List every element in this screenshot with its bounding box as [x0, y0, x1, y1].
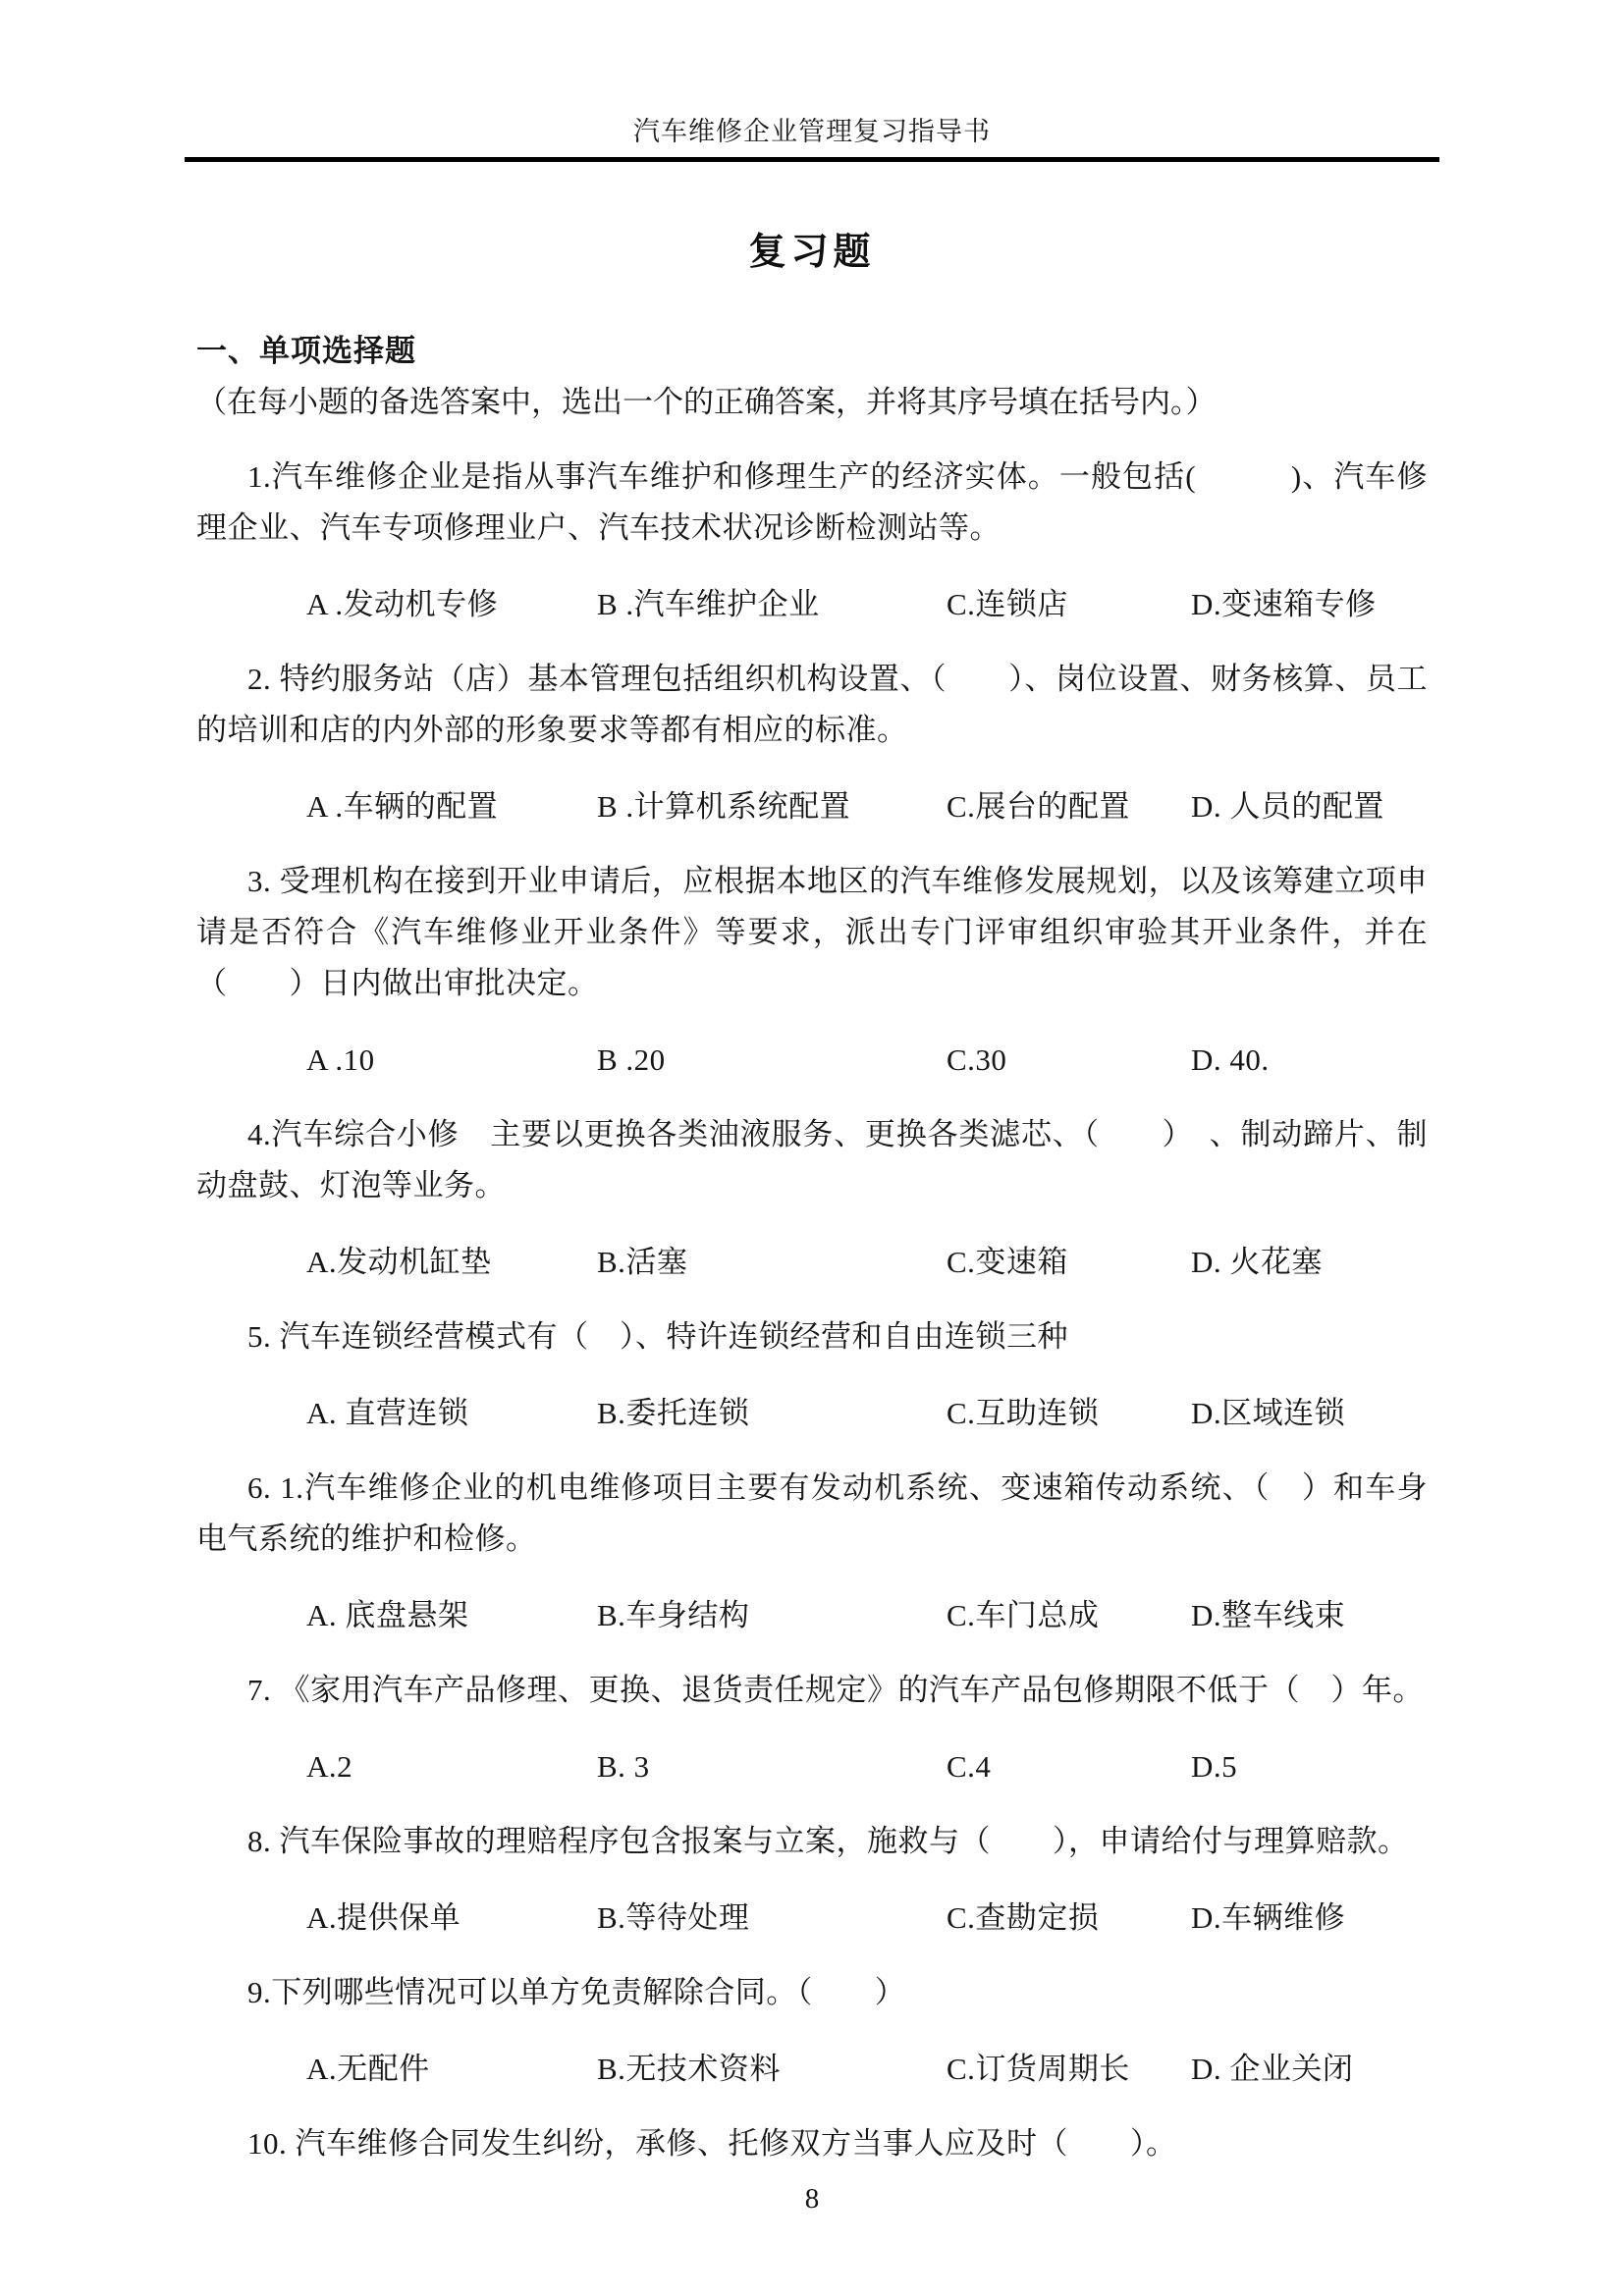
question-block: 10. 汽车维修合同发生纠纷，承修、托修双方当事人应及时（ ）。 [196, 2118, 1428, 2169]
option-b: B.委托连锁 [597, 1388, 947, 1439]
option-a: A.发动机缸垫 [306, 1237, 597, 1288]
option-a: A .车辆的配置 [306, 781, 597, 832]
option-c: C.订货周期长 [947, 2044, 1191, 2095]
option-d: D.5 [1191, 1741, 1428, 1792]
option-a: A .发动机专修 [306, 579, 597, 630]
options-row: A.发动机缸垫B.活塞C.变速箱D. 火花塞 [196, 1237, 1428, 1288]
option-b: B.活塞 [597, 1237, 947, 1288]
option-b: B.车身结构 [597, 1590, 947, 1641]
question-text: 4.汽车综合小修 主要以更换各类油液服务、更换各类滤芯、（ ） 、制动蹄片、制动… [196, 1109, 1428, 1211]
option-d: D.车辆维修 [1191, 1893, 1428, 1944]
options-row: A.2B. 3C.4D.5 [196, 1741, 1428, 1792]
question-text: 9.下列哪些情况可以单方免责解除合同。（ ） [196, 1967, 1428, 2018]
question-block: 7. 《家用汽车产品修理、更换、退货责任规定》的汽车产品包修期限不低于（ ）年。… [196, 1665, 1428, 1792]
section-heading: 一、单项选择题（在每小题的备选答案中，选出一个的正确答案，并将其序号填在括号内。… [196, 326, 1428, 428]
question-block: 1.汽车维修企业是指从事汽车维护和修理生产的经济实体。一般包括( )、汽车修理企… [196, 452, 1428, 630]
option-c: C.展台的配置 [947, 781, 1191, 832]
option-b: B .计算机系统配置 [597, 781, 947, 832]
questions-list: 1.汽车维修企业是指从事汽车维护和修理生产的经济实体。一般包括( )、汽车修理企… [196, 452, 1428, 2169]
page-content: 一、单项选择题（在每小题的备选答案中，选出一个的正确答案，并将其序号填在括号内。… [0, 326, 1624, 2216]
question-block: 2. 特约服务站（店）基本管理包括组织机构设置、（ ）、岗位设置、财务核算、员工… [196, 654, 1428, 832]
section-instructions: （在每小题的备选答案中，选出一个的正确答案，并将其序号填在括号内。） [196, 385, 1217, 419]
options-row: A .发动机专修B .汽车维护企业C.连锁店D.变速箱专修 [196, 579, 1428, 630]
option-a: A.无配件 [306, 2044, 597, 2095]
option-d: D. 火花塞 [1191, 1237, 1428, 1288]
question-text: 3. 受理机构在接到开业申请后，应根据本地区的汽车维修发展规划，以及该筹建立项申… [196, 856, 1428, 1009]
running-header: 汽车维修企业管理复习指导书 [0, 0, 1624, 148]
option-c: C.变速箱 [947, 1237, 1191, 1288]
question-block: 8. 汽车保险事故的理赔程序包含报案与立案，施救与（ ），申请给付与理算赔款。A… [196, 1816, 1428, 1944]
question-block: 6. 1.汽车维修企业的机电维修项目主要有发动机系统、变速箱传动系统、（ ）和车… [196, 1463, 1428, 1641]
option-a: A .10 [306, 1035, 597, 1086]
options-row: A. 底盘悬架B.车身结构C.车门总成D.整车线束 [196, 1590, 1428, 1641]
question-text: 2. 特约服务站（店）基本管理包括组织机构设置、（ ）、岗位设置、财务核算、员工… [196, 654, 1428, 756]
option-b: B .20 [597, 1035, 947, 1086]
question-block: 9.下列哪些情况可以单方免责解除合同。（ ）A.无配件B.无技术资料C.订货周期… [196, 1967, 1428, 2095]
question-text: 5. 汽车连锁经营模式有（ ）、特许连锁经营和自由连锁三种 [196, 1311, 1428, 1362]
page-title: 复习题 [0, 221, 1624, 275]
option-d: D.变速箱专修 [1191, 579, 1428, 630]
question-block: 5. 汽车连锁经营模式有（ ）、特许连锁经营和自由连锁三种A. 直营连锁B.委托… [196, 1311, 1428, 1439]
options-row: A .10B .20C.30D. 40. [196, 1035, 1428, 1086]
option-a: A. 直营连锁 [306, 1388, 597, 1439]
option-a: A.2 [306, 1741, 597, 1792]
options-row: A. 直营连锁B.委托连锁C.互助连锁D.区域连锁 [196, 1388, 1428, 1439]
option-c: C.车门总成 [947, 1590, 1191, 1641]
option-b: B .汽车维护企业 [597, 579, 947, 630]
option-c: C.互助连锁 [947, 1388, 1191, 1439]
option-b: B.等待处理 [597, 1893, 947, 1944]
question-text: 6. 1.汽车维修企业的机电维修项目主要有发动机系统、变速箱传动系统、（ ）和车… [196, 1463, 1428, 1565]
question-text: 8. 汽车保险事故的理赔程序包含报案与立案，施救与（ ），申请给付与理算赔款。 [196, 1816, 1428, 1867]
option-b: B. 3 [597, 1741, 947, 1792]
question-block: 3. 受理机构在接到开业申请后，应根据本地区的汽车维修发展规划，以及该筹建立项申… [196, 856, 1428, 1086]
question-text: 1.汽车维修企业是指从事汽车维护和修理生产的经济实体。一般包括( )、汽车修理企… [196, 452, 1428, 554]
option-a: A.提供保单 [306, 1893, 597, 1944]
option-d: D. 企业关闭 [1191, 2044, 1428, 2095]
page-number: 8 [196, 2183, 1428, 2216]
option-d: D.区域连锁 [1191, 1388, 1428, 1439]
header-rule [185, 157, 1439, 162]
option-b: B.无技术资料 [597, 2044, 947, 2095]
option-a: A. 底盘悬架 [306, 1590, 597, 1641]
option-d: D. 人员的配置 [1191, 781, 1428, 832]
options-row: A .车辆的配置B .计算机系统配置C.展台的配置D. 人员的配置 [196, 781, 1428, 832]
option-d: D. 40. [1191, 1035, 1428, 1086]
section-label: 一、单项选择题 [196, 334, 416, 368]
option-d: D.整车线束 [1191, 1590, 1428, 1641]
options-row: A.提供保单B.等待处理C.查勘定损D.车辆维修 [196, 1893, 1428, 1944]
document-page: 汽车维修企业管理复习指导书 复习题 一、单项选择题（在每小题的备选答案中，选出一… [0, 0, 1624, 2296]
option-c: C.4 [947, 1741, 1191, 1792]
options-row: A.无配件B.无技术资料C.订货周期长D. 企业关闭 [196, 2044, 1428, 2095]
option-c: C.连锁店 [947, 579, 1191, 630]
question-text: 7. 《家用汽车产品修理、更换、退货责任规定》的汽车产品包修期限不低于（ ）年。 [196, 1665, 1428, 1716]
question-text: 10. 汽车维修合同发生纠纷，承修、托修双方当事人应及时（ ）。 [196, 2118, 1428, 2169]
question-block: 4.汽车综合小修 主要以更换各类油液服务、更换各类滤芯、（ ） 、制动蹄片、制动… [196, 1109, 1428, 1288]
option-c: C.30 [947, 1035, 1191, 1086]
option-c: C.查勘定损 [947, 1893, 1191, 1944]
